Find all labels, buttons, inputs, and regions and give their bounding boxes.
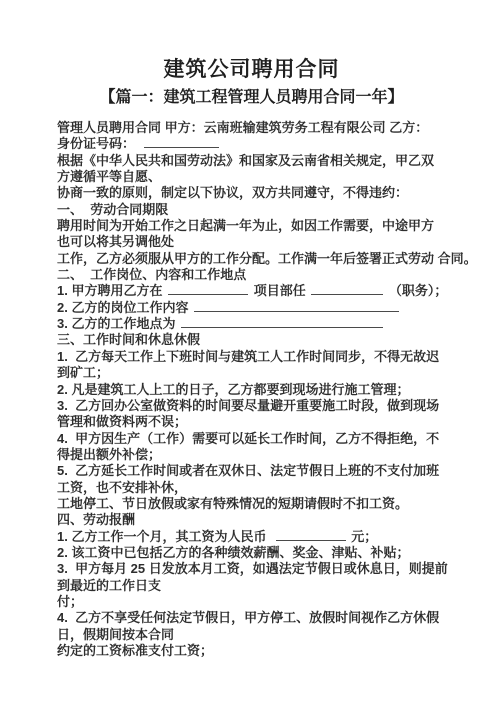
line-text-segment: 项目部任: [250, 283, 309, 298]
contract-line: 得提出额外补偿；: [57, 447, 446, 463]
contract-body: 管理人员聘用合同 甲方：云南班输建筑劳务工程有限公司 乙方：身份证号码： 根据《…: [57, 120, 446, 659]
contract-line: 管理人员聘用合同 甲方：云南班输建筑劳务工程有限公司 乙方：: [57, 120, 446, 136]
contract-line: 2. 该工资中已包括乙方的各种绩效薪酬、奖金、津贴、补贴；: [57, 545, 446, 561]
line-text-segment: 1. 乙方每天工作上下班时间与建筑工人工作时间同步，不得无故迟: [57, 349, 439, 364]
contract-line: 管理和做资料两不误；: [57, 414, 446, 430]
contract-line: 方遵循平等自愿、: [57, 169, 446, 185]
line-text-segment: 1. 甲方聘用乙方在: [57, 283, 166, 298]
line-text-segment: 约定的工资标准支付工资；: [57, 643, 213, 658]
line-text-segment: 工资，也不安排补休，: [57, 480, 187, 495]
line-text-segment: 四、劳动报酬: [57, 512, 135, 527]
line-text-segment: 聘用时间为开始工作之日起满一年为止，如因工作需要，中途甲方: [57, 218, 434, 233]
contract-line: 身份证号码：: [57, 136, 446, 152]
line-text-segment: 一、 劳动合同期限: [57, 202, 168, 217]
contract-line: 4. 甲方因生产（工作）需要可以延长工作时间，乙方不得拒绝，不: [57, 431, 446, 447]
contract-line: 工地停工、节日放假或家有特殊情况的短期请假时不扣工资。: [57, 496, 446, 512]
contract-document-page: 建筑公司聘用合同 【篇一：建筑工程管理人员聘用合同一年】 管理人员聘用合同 甲方…: [0, 0, 500, 708]
contract-line: 协商一致的原则，制定以下协议，双方共同遵守，不得违约：: [57, 185, 446, 201]
line-text-segment: 也可以将其另调他处: [57, 234, 174, 249]
line-text-segment: 元；: [348, 529, 378, 544]
line-text-segment: 4. 甲方因生产（工作）需要可以延长工作时间，乙方不得拒绝，不: [57, 431, 439, 446]
line-text-segment: 方遵循平等自愿、: [57, 169, 161, 184]
line-text-segment: （职务）；: [385, 283, 447, 298]
contract-line: 3. 乙方回办公室做资料的时间要尽量避开重要施工时段，做到现场: [57, 398, 446, 414]
contract-line: 工作，乙方必须服从甲方的工作分配。工作满一年后签署正式劳动 合同。: [57, 251, 446, 267]
contract-line: 根据《中华人民共和国劳动法》和国家及云南省相关规定，甲乙双: [57, 153, 446, 169]
contract-line: 二、 工作岗位、内容和工作地点: [57, 267, 446, 283]
contract-line: 1. 乙方工作一个月，其工资为人民币 元；: [57, 529, 446, 545]
contract-line: 5. 乙方延长工作时间或者在双休日、法定节假日上班的不支付加班: [57, 463, 446, 479]
fill-in-blank-line: [144, 136, 219, 148]
contract-line: 2. 凡是建筑工人上工的日子，乙方都要到现场进行施工管理；: [57, 382, 446, 398]
contract-line: 付；: [57, 594, 446, 610]
fill-in-blank-line: [168, 283, 248, 295]
document-subtitle: 【篇一：建筑工程管理人员聘用合同一年】: [57, 88, 446, 108]
document-title: 建筑公司聘用合同: [57, 58, 446, 82]
line-text-segment: 工地停工、节日放假或家有特殊情况的短期请假时不扣工资。: [57, 496, 408, 511]
contract-line: 3. 甲方每月 25 日发放本月工资，如遇法定节假日或休息日，则提前: [57, 561, 446, 577]
line-text-segment: 3. 乙方的工作地点为: [57, 316, 179, 331]
line-text-segment: 4. 乙方不享受任何法定节假日，甲方停工、放假时间视作乙方休假: [57, 610, 439, 625]
contract-line: 一、 劳动合同期限: [57, 202, 446, 218]
contract-line: 2. 乙方的岗位工作内容: [57, 300, 446, 316]
contract-line: 三、工作时间和休息休假: [57, 332, 446, 348]
contract-line: 1. 甲方聘用乙方在 项目部任 （职务）；: [57, 283, 446, 299]
fill-in-blank-line: [194, 300, 399, 312]
fill-in-blank-line: [311, 283, 383, 295]
line-text-segment: 日，假期间按本合同: [57, 627, 174, 642]
contract-line: 1. 乙方每天工作上下班时间与建筑工人工作时间同步，不得无故迟: [57, 349, 446, 365]
line-text-segment: 根据《中华人民共和国劳动法》和国家及云南省相关规定，甲乙双: [57, 153, 434, 168]
line-text-segment: 二、 工作岗位、内容和工作地点: [57, 267, 246, 282]
contract-line: 工资，也不安排补休，: [57, 480, 446, 496]
line-text-segment: 到最近的工作日支: [57, 578, 161, 593]
contract-line: 到矿工；: [57, 365, 446, 381]
line-text-segment: 管理和做资料两不误；: [57, 414, 187, 429]
fill-in-blank-line: [276, 529, 346, 541]
line-text-segment: 到矿工；: [57, 365, 109, 380]
line-text-segment: 5. 乙方延长工作时间或者在双休日、法定节假日上班的不支付加班: [57, 463, 439, 478]
line-text-segment: 2. 凡是建筑工人上工的日子，乙方都要到现场进行施工管理；: [57, 382, 409, 397]
contract-line: 日，假期间按本合同: [57, 627, 446, 643]
line-text-segment: 得提出额外补偿；: [57, 447, 161, 462]
line-text-segment: 协商一致的原则，制定以下协议，双方共同遵守，不得违约：: [57, 185, 408, 200]
contract-line: 聘用时间为开始工作之日起满一年为止，如因工作需要，中途甲方: [57, 218, 446, 234]
line-text-segment: 付；: [57, 594, 83, 609]
contract-line: 也可以将其另调他处: [57, 234, 446, 250]
contract-line: 到最近的工作日支: [57, 578, 446, 594]
line-text-segment: 3. 甲方每月 25 日发放本月工资，如遇法定节假日或休息日，则提前: [57, 561, 448, 576]
contract-line: 4. 乙方不享受任何法定节假日，甲方停工、放假时间视作乙方休假: [57, 610, 446, 626]
line-text-segment: 三、工作时间和休息休假: [57, 332, 200, 347]
line-text-segment: 工作，乙方必须服从甲方的工作分配。工作满一年后签署正式劳动 合同。: [57, 251, 477, 266]
line-text-segment: 管理人员聘用合同 甲方：云南班输建筑劳务工程有限公司 乙方：: [57, 120, 428, 135]
contract-line: 3. 乙方的工作地点为: [57, 316, 446, 332]
line-text-segment: 身份证号码：: [57, 136, 142, 151]
contract-line: 四、劳动报酬: [57, 512, 446, 528]
contract-line: 约定的工资标准支付工资；: [57, 643, 446, 659]
line-text-segment: 3. 乙方回办公室做资料的时间要尽量避开重要施工时段，做到现场: [57, 398, 439, 413]
line-text-segment: 2. 乙方的岗位工作内容: [57, 300, 192, 315]
fill-in-blank-line: [181, 316, 383, 328]
line-text-segment: 1. 乙方工作一个月，其工资为人民币: [57, 529, 274, 544]
line-text-segment: 2. 该工资中已包括乙方的各种绩效薪酬、奖金、津贴、补贴；: [57, 545, 409, 560]
